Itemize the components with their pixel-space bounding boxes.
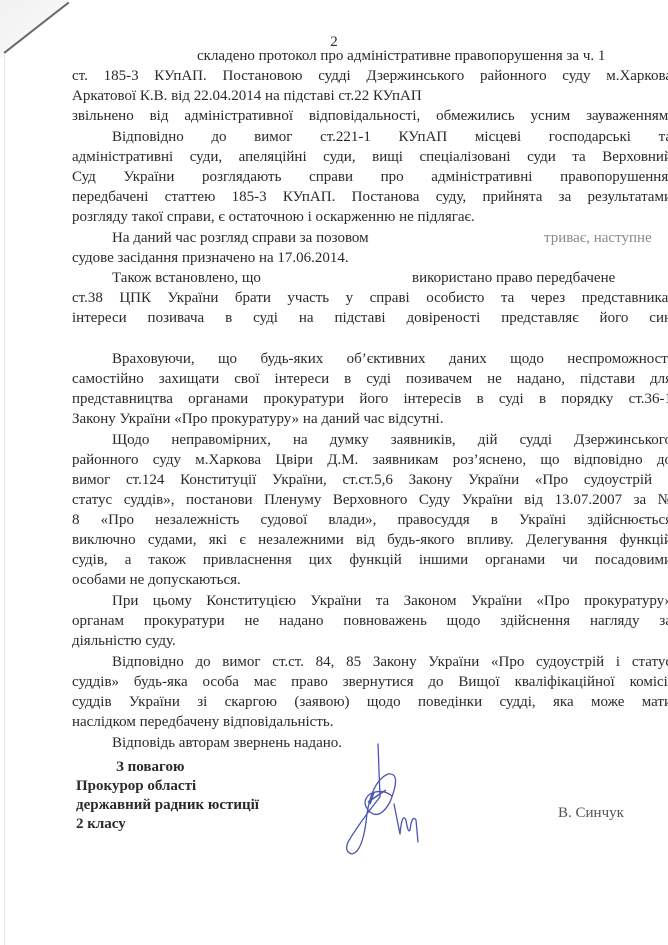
text-line: судове засідання призначено на 17.06.201… — [72, 249, 349, 268]
text-line: 8 «Про незалежність судової влади», прав… — [72, 511, 668, 530]
text-line: триває, наступне — [544, 229, 652, 248]
closing-regards: З повагою — [76, 758, 259, 777]
text-line: ст.38 ЦПК України брати участь у справі … — [72, 289, 668, 308]
text-line: виключно судами, які є незалежними від б… — [72, 531, 668, 550]
handwritten-signature — [330, 742, 440, 862]
text-line: діяльністю суду. — [72, 632, 176, 651]
text-line: Відповідно до вимог ст.221-1 КУпАП місце… — [112, 128, 668, 147]
text-line: представництва органами прокуратури його… — [72, 390, 668, 409]
text-line: Щодо неправомірних, на думку заявників, … — [112, 431, 668, 450]
text-line: наслідком передбачену відповідальність. — [72, 713, 333, 732]
text-line: судів, а також привласнення цих функцій … — [72, 551, 668, 570]
text-line: При цьому Конституцією України та Законо… — [112, 592, 668, 611]
text-line: Закону України «Про прокуратуру» на дани… — [72, 410, 443, 429]
text-line: Відповідно до вимог ст.ст. 84, 85 Закону… — [112, 653, 668, 672]
text-line: статус суддів», постанови Пленуму Верхов… — [72, 491, 668, 510]
text-line: Враховуючи, що будь-яких об’єктивних дан… — [112, 350, 668, 369]
text-line: суддів України зі скаргою (заявою) щодо … — [72, 693, 668, 712]
text-line: районного суду м.Харкова Цвіри Д.М. заяв… — [72, 451, 668, 470]
text-line: Аркатової К.В. від 22.04.2014 на підстав… — [72, 87, 422, 106]
text-line: звільнено від адміністративної відповіда… — [72, 107, 668, 126]
text-line: передбачені статтею 185-3 КУпАП. Постано… — [72, 188, 668, 207]
text-line: органам прокуратури не надано повноважен… — [72, 612, 668, 631]
signer-name: В. Синчук — [558, 805, 624, 822]
text-line: вимог ст.124 Конституції України, ст.ст.… — [72, 471, 668, 490]
page-edge — [4, 40, 5, 945]
text-line: суддів» будь-яка особа має право звернут… — [72, 673, 668, 692]
text-line: складено протокол про адміністративне пр… — [197, 47, 605, 66]
text-line: використано право передбачене — [412, 269, 615, 288]
text-line: інтереси позивача в суді на підставі дов… — [72, 309, 668, 328]
signer-rank: державний радник юстиції — [76, 796, 259, 815]
signer-position: Прокурор області — [76, 777, 259, 796]
closing-block: З повагою Прокурор області державний рад… — [76, 758, 259, 834]
text-line: Також встановлено, що — [112, 269, 261, 288]
text-line: Відповідь авторам звернень надано. — [112, 734, 342, 753]
text-line: На даний час розгляд справи за позовом — [112, 229, 369, 248]
signer-rank-class: 2 класу — [76, 815, 259, 834]
text-line: самостійно захищати свої інтереси в суді… — [72, 370, 668, 389]
text-line: адміністративні суди, апеляційні суди, в… — [72, 148, 668, 167]
text-line: Суд України розглядають справи про адмін… — [72, 168, 668, 187]
text-line: особами не допускаються. — [72, 571, 241, 590]
text-line: розгляду такої справи, є остаточною і ос… — [72, 208, 475, 227]
text-line: ст. 185-3 КУпАП. Постановою судді Дзержи… — [72, 67, 668, 86]
